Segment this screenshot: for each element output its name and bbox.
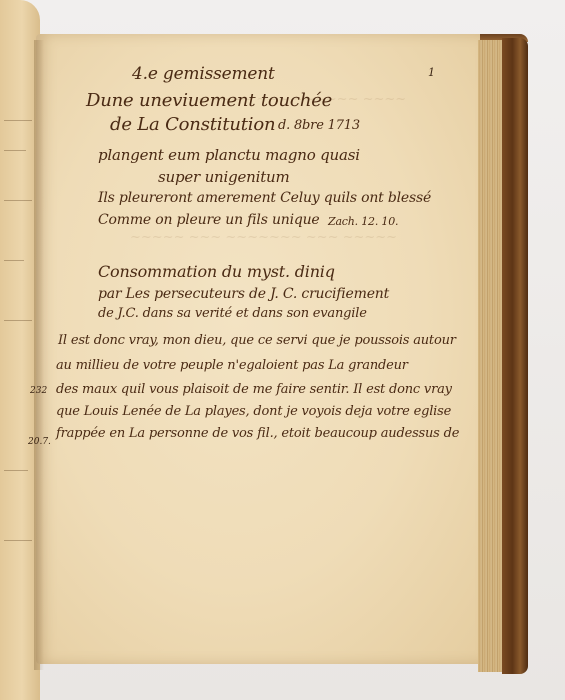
french-quote: Ils pleureront amerement Celuy quils ont… — [98, 190, 431, 206]
section-title: par Les persecuteurs de J. C. crucifieme… — [98, 286, 389, 302]
chapter-date: d. 8bre 1713 — [278, 118, 360, 133]
body-line: des maux quil vous plaisoit de me faire … — [56, 382, 452, 397]
left-page-script — [4, 540, 32, 541]
left-page-script — [4, 120, 32, 121]
chapter-subheading: de La Constitution — [110, 114, 275, 135]
margin-note: 20.7. — [28, 437, 51, 447]
page-number: 1 — [428, 66, 435, 79]
left-page-script — [4, 200, 32, 201]
leather-binding — [502, 38, 528, 674]
section-title: de J.C. dans sa verité et dans son evang… — [98, 306, 367, 321]
latin-quote: super unigenitum — [158, 168, 290, 186]
french-quote: Comme on pleure un fils unique — [98, 212, 320, 228]
scripture-reference: Zach. 12. 10. — [328, 215, 398, 228]
chapter-heading: 4.e gemissement — [132, 64, 275, 84]
body-line: au millieu de votre peuple n'egaloient p… — [56, 358, 408, 373]
page-edges — [478, 40, 504, 672]
section-title: Consommation du myst. diniq — [98, 262, 335, 281]
left-page-script — [4, 470, 28, 471]
gutter-shadow — [34, 40, 44, 670]
body-line: Il est donc vray, mon dieu, que ce servi… — [58, 333, 456, 348]
bleed-through-text: ~~~~~ ~~~ ~~~~~~~ ~~~ ~~~~~ — [130, 230, 397, 245]
chapter-subheading: Dune uneviuement touchée — [86, 90, 332, 111]
left-page-script — [4, 260, 24, 261]
body-line: que Louis Lenée de La playes, dont je vo… — [56, 404, 451, 419]
body-line: frappée en La personne de vos fil., etoi… — [56, 426, 459, 441]
left-page-script — [4, 320, 32, 321]
margin-note: 232 — [30, 386, 47, 396]
left-page-script — [4, 150, 26, 151]
latin-quote: plangent eum planctu magno quasi — [98, 146, 360, 164]
